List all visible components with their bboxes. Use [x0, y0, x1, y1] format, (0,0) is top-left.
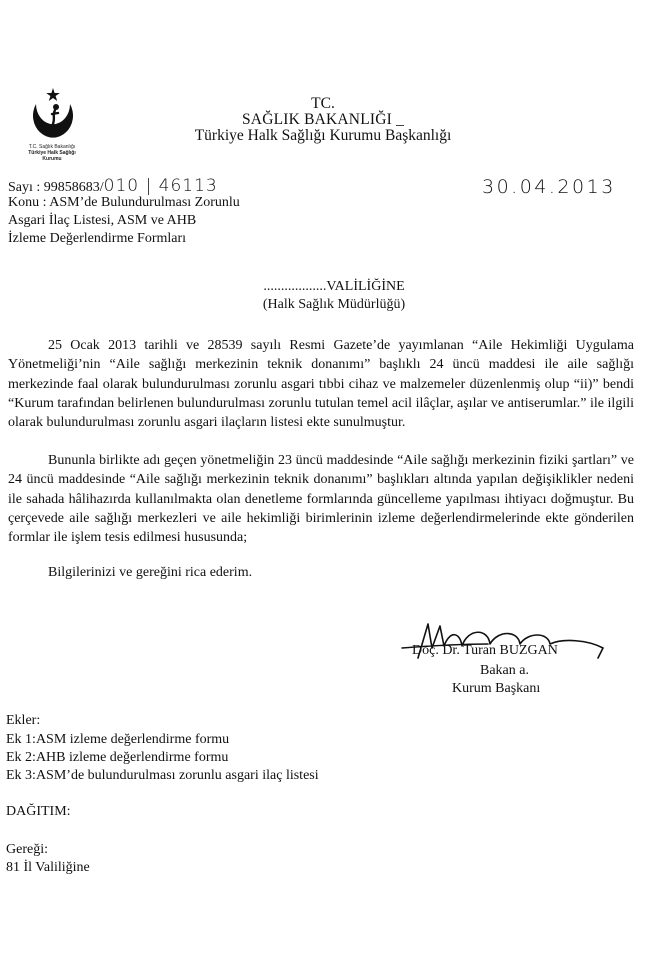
- reference-number: Sayı : 99858683/010 | 46113: [8, 178, 218, 196]
- attachments-label: Ekler:: [6, 712, 40, 730]
- attachment-item: Ek 3:ASM’de bulundurulması zorunlu asgar…: [6, 767, 319, 785]
- subject-line-1: Konu : ASM’de Bulundurulması Zorunlu: [8, 195, 240, 211]
- body-paragraph-1: 25 Ocak 2013 tarihli ve 28539 sayılı Res…: [8, 336, 634, 432]
- logo-caption-line3: Kurumu: [22, 156, 82, 162]
- geregi-label: Gereği:: [6, 841, 48, 859]
- signer-title-2: Kurum Başkanı: [452, 681, 540, 697]
- header-ministry: SAĞLIK BAKANLIĞI _: [0, 111, 646, 128]
- header-tc: TC.: [0, 95, 646, 112]
- body-paragraph-2: Bununla birlikte adı geçen yönetmeliğin …: [8, 451, 634, 547]
- closing-line: Bilgilerinizi ve gereğini rica ederim.: [48, 565, 252, 581]
- header-institution: Türkiye Halk Sağlığı Kurumu Başkanlığı: [0, 127, 646, 144]
- addressee-line-1: ..................VALİLİĞİNE: [0, 279, 646, 295]
- sayi-handwritten: 010 | 46113: [104, 176, 218, 196]
- konu-text-1: ASM’de Bulundurulması Zorunlu: [49, 195, 240, 210]
- subject-line-2: Asgari İlaç Listesi, ASM ve AHB: [8, 213, 196, 229]
- distribution-label: DAĞITIM:: [6, 803, 71, 821]
- paragraph-1-text: 25 Ocak 2013 tarihli ve 28539 sayılı Res…: [8, 336, 634, 432]
- subject-line-3: İzleme Değerlendirme Formları: [8, 231, 186, 247]
- signer-name: Doç. Dr. Turan BUZGAN: [412, 643, 558, 659]
- konu-label: Konu :: [8, 195, 49, 210]
- attachment-item: Ek 2:AHB izleme değerlendirme formu: [6, 749, 228, 767]
- handwritten-date: 30.04.2013: [482, 176, 616, 198]
- logo-caption: T.C. Sağlık Bakanlığı Türkiye Halk Sağlı…: [22, 144, 82, 162]
- signer-title-1: Bakan a.: [480, 663, 529, 679]
- sayi-label: Sayı :: [8, 180, 44, 195]
- paragraph-2-text: Bununla birlikte adı geçen yönetmeliğin …: [8, 451, 634, 547]
- distribution-recipient: 81 İl Valiliğine: [6, 859, 90, 877]
- attachment-item: Ek 1:ASM izleme değerlendirme formu: [6, 731, 229, 749]
- addressee-line-2: (Halk Sağlık Müdürlüğü): [0, 297, 646, 313]
- sayi-printed: 99858683/: [44, 180, 104, 195]
